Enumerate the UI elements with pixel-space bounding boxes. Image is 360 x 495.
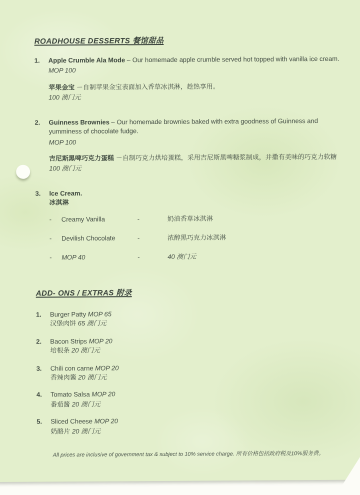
item-desc-zh: －自制巧克力烘培蛋糕，采用吉尼斯黑啤糖浆制成，并撒有美味的巧克力软糖 (116, 154, 337, 162)
item-price-en: MOP 100 (49, 136, 343, 147)
service-charge-note: All prices are inclusive of government t… (53, 451, 345, 461)
addon-item-burger-patty: 1. Burger Patty MOP 65 汉堡肉饼 65 澳门元 (36, 309, 344, 330)
item-description-en: Apple Crumble Ala Mode – Our homemade ap… (48, 55, 342, 66)
item-description-zh: 苹果金宝 －自制苹果金宝表面加入香草冰淇淋，趁热享用。 (49, 82, 343, 93)
item-price-zh: 100 澳门元 (49, 163, 343, 174)
menu-content: ROADHOUSE DESSERTS 餐馆甜品 1. Apple Crumble… (0, 0, 360, 482)
addon-name-zh: 汉堡肉饼 (50, 321, 76, 328)
menu-item-guinness-brownies: 2. Guinness Brownies – Our homemade brow… (35, 117, 343, 182)
addon-name-zh: 奶酪片 (51, 428, 71, 435)
addons-heading: ADD- ONS / EXTRAS 附录 (36, 286, 344, 299)
addon-name-zh: 香辣肉酱 (50, 375, 76, 382)
item-number: 5. (37, 418, 51, 437)
addon-price-zh: 20 澳门元 (72, 401, 101, 408)
addon-item-tomato-salsa: 4. Tomato Salsa MOP 20 番茄酱 20 澳门元 (36, 389, 344, 410)
addon-name-en: Chili con carne (50, 365, 93, 372)
item-name-en: Guinness Brownies (49, 119, 110, 126)
dash-bullet: - (49, 215, 61, 224)
addon-line-zh: 汉堡肉饼 65 澳门元 (50, 318, 344, 329)
menu-item-apple-crumble: 1. Apple Crumble Ala Mode – Our homemade… (34, 55, 342, 111)
addon-name-zh: 番茄酱 (51, 401, 71, 408)
item-desc-zh: －自制苹果金宝表面加入香草冰淇淋，趁热享用。 (76, 83, 219, 91)
ice-cream-flavor-list: - Creamy Vanilla - 奶油香草冰淇淋 - Devilish Ch… (49, 214, 343, 264)
item-number: 4. (36, 391, 50, 410)
addon-item-bacon-strips: 2. Bacon Strips MOP 20 培根条 20 澳门元 (36, 336, 344, 357)
addon-price-en: MOP 20 (89, 338, 113, 345)
addon-price-zh: 65 澳门元 (78, 321, 107, 328)
addon-line-zh: 培根条 20 澳门元 (50, 345, 344, 356)
addon-price-en: MOP 65 (88, 311, 112, 318)
flavor-name-zh: 浓醇黑巧克力冰淇淋 (167, 233, 343, 243)
flavor-name-zh: 奶油香草冰淇淋 (167, 214, 343, 224)
flavor-price-row: - MOP 40 - 40 澳门元 (50, 252, 344, 263)
addon-price-zh: 20 澳门元 (71, 348, 100, 355)
dash-separator: - (138, 253, 168, 263)
item-name-zh: 冰淇淋 (49, 197, 343, 208)
addon-name-en: Burger Patty (50, 311, 86, 318)
addons-section: ADD- ONS / EXTRAS 附录 1. Burger Patty MOP… (36, 286, 345, 437)
addon-price-zh: 20 澳门元 (72, 428, 101, 435)
scanned-menu-page: ROADHOUSE DESSERTS 餐馆甜品 1. Apple Crumble… (0, 0, 360, 495)
flavor-name-en: Devilish Chocolate (61, 234, 137, 244)
item-name-zh: 吉尼斯黑啤巧克力蛋糕 (49, 155, 114, 162)
addon-name-en: Tomato Salsa (50, 392, 89, 399)
item-name-en: Apple Crumble Ala Mode (48, 57, 125, 64)
menu-paper: ROADHOUSE DESSERTS 餐馆甜品 1. Apple Crumble… (0, 0, 360, 482)
dash-bullet: - (50, 254, 62, 263)
item-number: 1. (36, 311, 50, 330)
addon-line-zh: 奶酪片 20 澳门元 (51, 426, 345, 437)
scan-hole-artifact (16, 165, 30, 179)
item-desc-en: – Our homemade apple crumble served hot … (127, 56, 339, 64)
addon-item-chili-con-carne: 3. Chili con carne MOP 20 香辣肉酱 20 澳门元 (36, 362, 344, 383)
flavor-price-zh: 40 澳门元 (168, 252, 344, 262)
desserts-heading: ROADHOUSE DESSERTS 餐馆甜品 (34, 34, 342, 47)
flavor-name-en: Creamy Vanilla (61, 215, 137, 225)
addon-price-zh: 20 澳门元 (78, 374, 107, 381)
addon-name-zh: 培根条 (50, 348, 70, 355)
item-number: 2. (35, 118, 49, 181)
item-name-zh: 苹果金宝 (49, 84, 75, 91)
dash-bullet: - (49, 235, 61, 244)
addon-item-sliced-cheese: 5. Sliced Cheese MOP 20 奶酪片 20 澳门元 (37, 416, 345, 437)
menu-item-ice-cream: 3. Ice Cream. 冰淇淋 - Creamy Vanilla - 奶油香… (35, 188, 344, 274)
item-price-zh: 100 澳门元 (49, 92, 343, 103)
addon-price-en: MOP 20 (94, 419, 118, 426)
addon-line-zh: 番茄酱 20 澳门元 (50, 399, 344, 410)
addon-price-en: MOP 20 (92, 392, 116, 399)
item-number: 3. (36, 364, 50, 383)
item-number: 2. (36, 337, 50, 356)
addon-name-en: Bacon Strips (50, 338, 87, 345)
addon-price-en: MOP 20 (95, 365, 119, 372)
item-price-en: MOP 100 (48, 65, 342, 76)
flavor-row: - Creamy Vanilla - 奶油香草冰淇淋 (49, 214, 343, 225)
addon-name-en: Sliced Cheese (51, 419, 93, 426)
flavor-row: - Devilish Chocolate - 浓醇黑巧克力冰淇淋 (49, 233, 343, 244)
addon-line-zh: 香辣肉酱 20 澳门元 (50, 372, 344, 383)
item-number: 1. (34, 57, 48, 111)
dash-separator: - (137, 215, 167, 225)
dash-separator: - (137, 234, 167, 244)
item-number: 3. (35, 189, 50, 273)
item-description-zh: 吉尼斯黑啤巧克力蛋糕 －自制巧克力烘培蛋糕，采用吉尼斯黑啤糖浆制成，并撒有美味的… (49, 153, 343, 164)
item-description-en: Guinness Brownies – Our homemade brownie… (49, 117, 343, 138)
flavor-price-en: MOP 40 (62, 254, 138, 264)
